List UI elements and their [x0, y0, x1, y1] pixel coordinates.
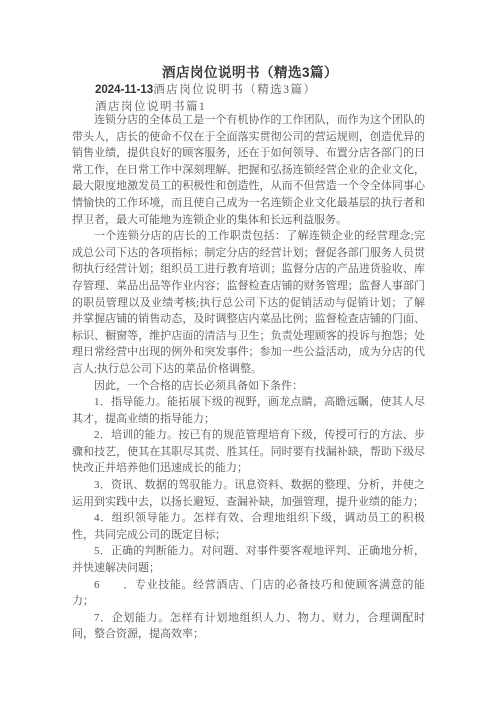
page-title: 酒店岗位说明书（精选3篇） — [0, 61, 500, 81]
meta-line: 2024-11-13酒店岗位说明书（精选3篇） — [95, 81, 316, 97]
document-page: 酒店岗位说明书（精选3篇） 2024-11-13酒店岗位说明书（精选3篇） 酒店… — [0, 0, 500, 707]
publish-date: 2024-11-13 — [95, 84, 153, 96]
list-item-3: 3．资讯、数据的驾驭能力。讯息资料、数据的整理、分析，并使之运用到实践中去，以扬… — [72, 477, 425, 510]
list-item-6: 6 ．专业技能。经营酒店、门店的必备技巧和使顾客满意的能力； — [72, 577, 425, 610]
list-item-1: 1．指导能力。能拓展下级的视野，画龙点睛，高瞻远瞩，使其人尽其才，提高业绩的指导… — [72, 394, 425, 427]
list-item-2: 2．培训的能力。按已有的规范管理培育下级，传授可行的方法、步骤和技艺，使其在其职… — [72, 427, 425, 477]
meta-title: 酒店岗位说明书（精选3篇） — [153, 84, 316, 96]
paragraph-intro: 连锁分店的全体员工是一个有机协作的工作团队，而作为这个团队的带头人，店长的使命不… — [72, 112, 425, 228]
paragraph-conditions-lead: 因此，一个合格的店长必须具备如下条件： — [72, 378, 425, 395]
document-body: 连锁分店的全体员工是一个有机协作的工作团队，而作为这个团队的带头人，店长的使命不… — [72, 112, 425, 643]
list-item-4: 4．组织领导能力。怎样有效、合理地组织下级，调动员工的积极性，共同完成公司的既定… — [72, 510, 425, 543]
paragraph-duties: 一个连锁分店的店长的工作职责包括：了解连锁企业的经营理念;完成总公司下达的各项指… — [72, 228, 425, 377]
list-item-5: 5．正确的判断能力。对问题、对事件要客观地评判、正确地分析，并快速解决问题； — [72, 543, 425, 576]
list-item-7: 7．企划能力。怎样有计划地组织人力、物力、财力，合理调配时间，整合资源，提高效率… — [72, 610, 425, 643]
